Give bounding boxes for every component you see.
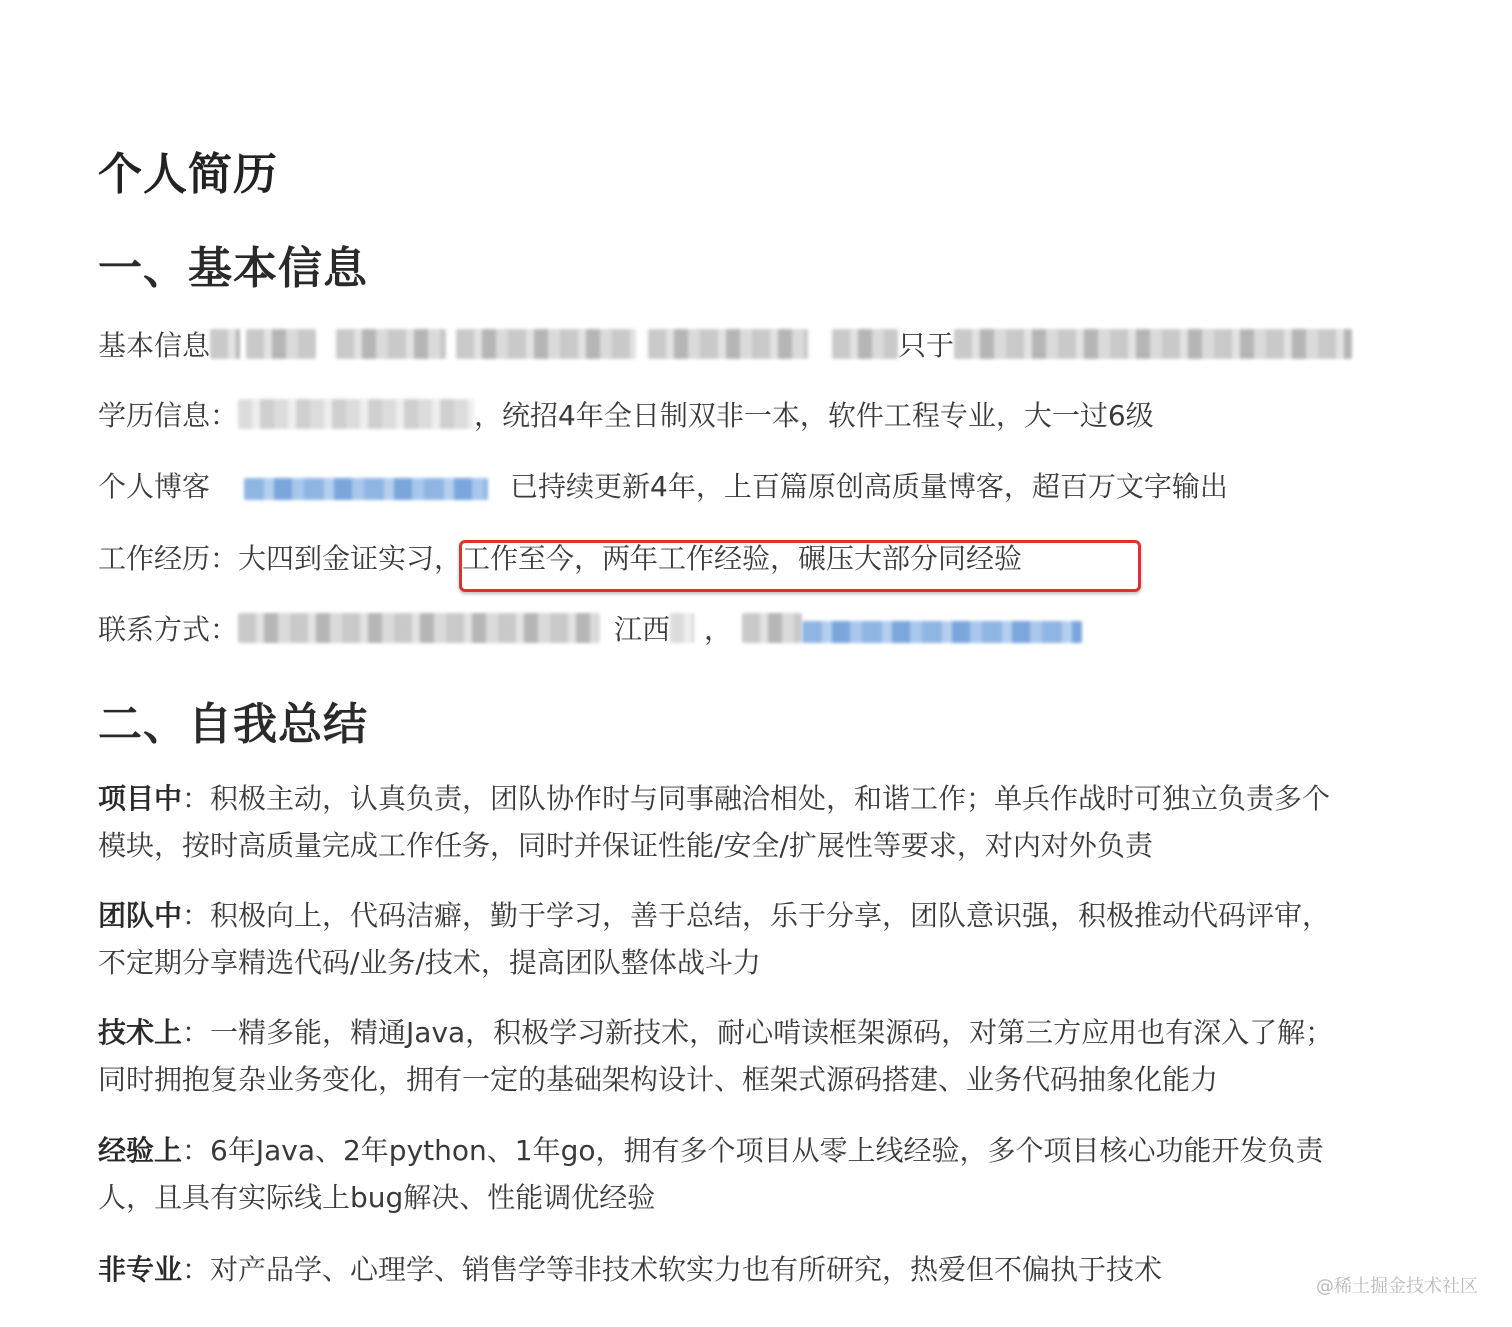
redacted-block bbox=[238, 399, 474, 429]
summary-item-label: 非专业 bbox=[98, 1253, 182, 1286]
redacted-block bbox=[246, 329, 316, 359]
watermark: @稀土掘金技术社区 bbox=[1316, 1272, 1478, 1298]
page-title: 个人简历 bbox=[98, 138, 278, 202]
redacted-block bbox=[648, 329, 808, 359]
summary-item-text: 6年Java、2年python、1年go，拥有多个项目从零上线经验，多个项目核心… bbox=[98, 1134, 1323, 1214]
summary-item-tech: 技术上：一精多能，精通Java，积极学习新技术，耐心啃读框架源码，对第三方应用也… bbox=[98, 1009, 1358, 1103]
summary-item-text: 对产品学、心理学、销售学等非技术软实力也有所研究，热爱但不偏执于技术 bbox=[210, 1253, 1162, 1286]
redacted-block bbox=[210, 329, 240, 359]
contact-label: 联系方式： bbox=[98, 608, 238, 648]
summary-item-non-professional: 非专业：对产品学、心理学、销售学等非技术软实力也有所研究，热爱但不偏执于技术 bbox=[98, 1246, 1358, 1293]
summary-item-text: 积极向上，代码洁癖，勤于学习，善于总结，乐于分享，团队意识强，积极推动代码评审，… bbox=[98, 899, 1330, 979]
redacted-block bbox=[336, 329, 446, 359]
work-experience-label: 工作经历： bbox=[98, 537, 238, 577]
summary-item-project: 项目中：积极主动，认真负责，团队协作时与同事融洽相处，和谐工作；单兵作战时可独立… bbox=[98, 775, 1358, 869]
redacted-blog-link[interactable] bbox=[244, 478, 488, 500]
summary-item-label: 团队中 bbox=[98, 899, 182, 932]
red-highlight-annotation bbox=[459, 540, 1141, 592]
summary-item-label: 项目中 bbox=[98, 782, 182, 815]
education-line: 学历信息： ，统招4年全日制双非一本，软件工程专业，大一过6级 bbox=[98, 394, 1154, 434]
redacted-block bbox=[670, 613, 694, 643]
summary-item-text: 积极主动，认真负责，团队协作时与同事融洽相处，和谐工作；单兵作战时可独立负责多个… bbox=[98, 782, 1330, 862]
redacted-block bbox=[742, 613, 802, 643]
contact-line: 联系方式： 江西 ， bbox=[98, 608, 1082, 648]
redacted-block bbox=[954, 329, 1352, 359]
summary-item-text: 一精多能，精通Java，积极学习新技术，耐心啃读框架源码，对第三方应用也有深入了… bbox=[98, 1016, 1333, 1096]
blog-line: 个人博客 已持续更新4年，上百篇原创高质量博客，超百万文字输出 bbox=[98, 465, 1228, 505]
summary-item-experience: 经验上：6年Java、2年python、1年go，拥有多个项目从零上线经验，多个… bbox=[98, 1127, 1358, 1221]
visible-fragment: 江西 bbox=[614, 608, 670, 648]
education-text: ，统招4年全日制双非一本，软件工程专业，大一过6级 bbox=[474, 394, 1154, 434]
summary-item-label: 经验上 bbox=[98, 1134, 182, 1167]
basic-info-line: 基本信息 只于 bbox=[98, 324, 1352, 364]
blog-label: 个人博客 bbox=[98, 465, 210, 505]
section-heading-self-summary: 二、自我总结 bbox=[98, 688, 368, 752]
redacted-block bbox=[832, 329, 898, 359]
blog-text: 已持续更新4年，上百篇原创高质量博客，超百万文字输出 bbox=[510, 465, 1228, 505]
section-heading-basic-info: 一、基本信息 bbox=[98, 232, 368, 296]
summary-item-team: 团队中：积极向上，代码洁癖，勤于学习，善于总结，乐于分享，团队意识强，积极推动代… bbox=[98, 892, 1358, 986]
redacted-block bbox=[238, 613, 600, 643]
basic-info-label: 基本信息 bbox=[98, 324, 210, 364]
work-experience-text: 大四到金证实习， bbox=[238, 537, 462, 577]
redacted-email-link[interactable] bbox=[802, 621, 1082, 643]
redacted-block bbox=[456, 329, 636, 359]
visible-fragment: ， bbox=[704, 608, 732, 648]
education-label: 学历信息： bbox=[98, 394, 238, 434]
summary-item-label: 技术上 bbox=[98, 1016, 182, 1049]
visible-fragment: 只于 bbox=[898, 324, 954, 364]
